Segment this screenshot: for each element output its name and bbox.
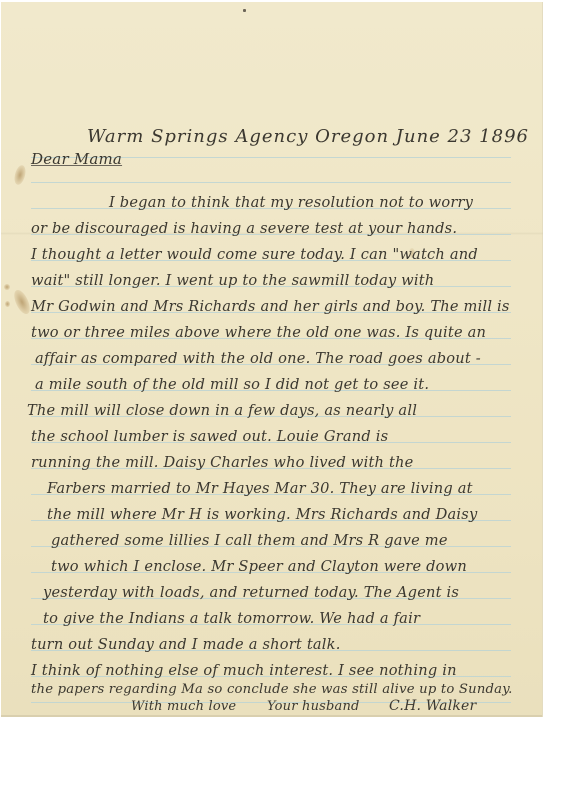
closing-relation: Your husband xyxy=(267,699,360,714)
water-stain xyxy=(5,301,10,307)
signature: C.H. Walker xyxy=(389,698,476,714)
body-line: Farbers married to Mr Hayes Mar 30. They… xyxy=(47,480,473,497)
body-line: turn out Sunday and I made a short talk. xyxy=(31,636,341,653)
body-line: gathered some lillies I call them and Mr… xyxy=(51,532,448,549)
body-line: affair as compared with the old one. The… xyxy=(35,350,481,367)
body-line: a mile south of the old mill so I did no… xyxy=(35,376,429,393)
body-line: I thought a letter would come sure today… xyxy=(31,246,478,263)
body-line: two which I enclose. Mr Speer and Clayto… xyxy=(51,558,467,575)
water-stain xyxy=(4,284,10,290)
body-line: running the mill. Daisy Charles who live… xyxy=(31,454,413,471)
body-line: the papers regarding Ma so conclude she … xyxy=(31,682,513,697)
body-line: to give the Indians a talk tomorrow. We … xyxy=(43,610,420,627)
body-line: The mill will close down in a few days, … xyxy=(27,402,417,419)
salutation: Dear Mama xyxy=(31,150,122,168)
body-line: or be discouraged is having a severe tes… xyxy=(31,220,457,237)
body-line: the school lumber is sawed out. Louie Gr… xyxy=(31,428,388,445)
valediction: With much love xyxy=(131,699,236,714)
body-line: I think of nothing else of much interest… xyxy=(31,662,457,679)
letter-heading: Warm Springs Agency Oregon June 23 1896 xyxy=(87,126,529,147)
ruled-line xyxy=(31,182,511,183)
body-line: two or three miles above where the old o… xyxy=(31,324,486,341)
body-line: wait" still longer. I went up to the saw… xyxy=(31,272,434,289)
body-line: Mr Godwin and Mrs Richards and her girls… xyxy=(31,298,510,315)
water-stain xyxy=(13,164,28,186)
water-stain xyxy=(11,288,33,317)
body-line: the mill where Mr H is working. Mrs Rich… xyxy=(47,506,477,523)
pin-hole xyxy=(243,9,246,12)
body-line: yesterday with loads, and returned today… xyxy=(43,584,459,601)
body-line: I began to think that my resolution not … xyxy=(109,194,473,211)
letter-page: Warm Springs Agency Oregon June 23 1896 … xyxy=(1,2,543,717)
